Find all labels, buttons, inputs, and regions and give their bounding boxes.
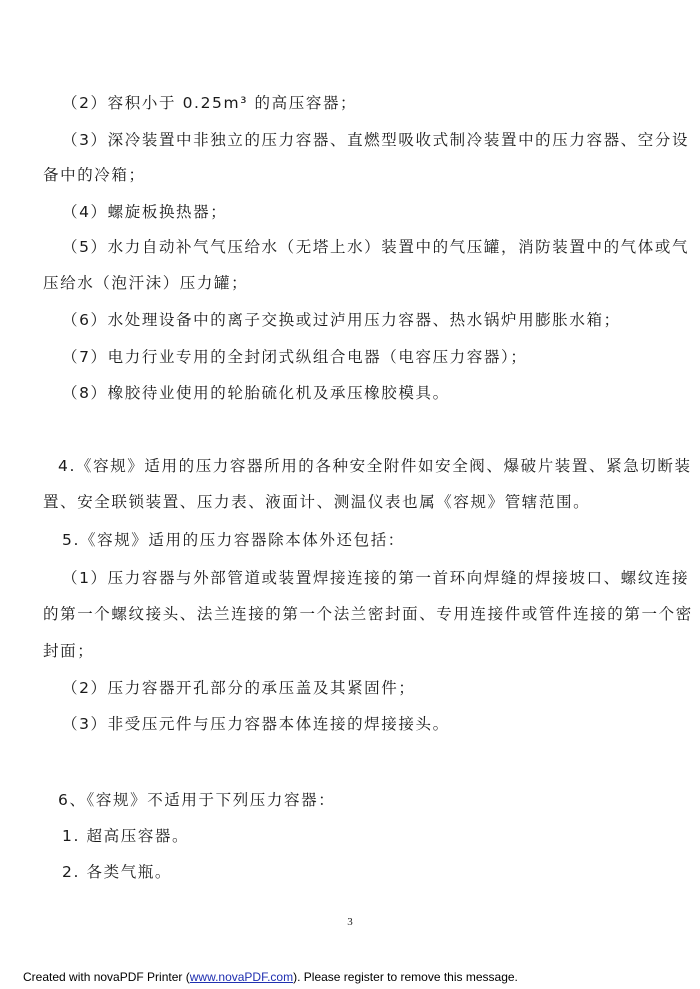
text-line: 1. 超高压容器。 [62,826,189,846]
text-line: 5.《容规》适用的压力容器除本体外还包括： [62,530,405,550]
text-line: （5）水力自动补气气压给水（无塔上水）装置中的气压罐，消防装置中的气体或气 [62,237,689,257]
text-line: （8）橡胶待业使用的轮胎硫化机及承压橡胶模具。 [62,383,450,403]
text-line: （3）非受压元件与压力容器本体连接的焊接接头。 [62,714,450,734]
watermark-footer: Created with novaPDF Printer (www.novaPD… [23,970,518,984]
text-line: （2）压力容器开孔部分的承压盖及其紧固件； [62,678,415,698]
footer-suffix: ). Please register to remove this messag… [293,970,518,984]
text-line: （4）螺旋板换热器； [62,202,227,222]
text-line: 封面； [43,641,94,661]
text-line: （1）压力容器与外部管道或装置焊接连接的第一首环向焊缝的焊接坡口、螺纹连接 [62,568,689,588]
text-line: 置、安全联锁装置、压力表、液面计、测温仪表也属《容规》管辖范围。 [43,492,590,512]
text-line: 备中的冷箱； [43,165,146,185]
text-line: 4.《容规》适用的压力容器所用的各种安全附件如安全阀、爆破片装置、紧急切断装 [58,456,692,476]
text-line: （6）水处理设备中的离子交换或过泸用压力容器、热水锅炉用膨胀水箱； [62,310,621,330]
text-line: 压给水（泡汗沫）压力罐； [43,273,248,293]
text-line: 6、《容规》不适用于下列压力容器： [58,790,335,810]
text-line: 2. 各类气瓶。 [62,862,172,882]
text-line: （3）深冷装置中非独立的压力容器、直燃型吸收式制冷装置中的压力容器、空分设 [62,130,689,150]
page-number: 3 [0,916,700,928]
text-line: （7）电力行业专用的全封闭式纵组合电器（电容压力容器）； [62,347,527,367]
novapdf-link[interactable]: www.novaPDF.com [190,970,293,984]
text-line: （2）容积小于 0.25m³ 的高压容器； [62,93,357,113]
text-line: 的第一个螺纹接头、法兰连接的第一个法兰密封面、专用连接件或管件连接的第一个密 [43,604,693,624]
footer-prefix: Created with novaPDF Printer ( [23,970,190,984]
